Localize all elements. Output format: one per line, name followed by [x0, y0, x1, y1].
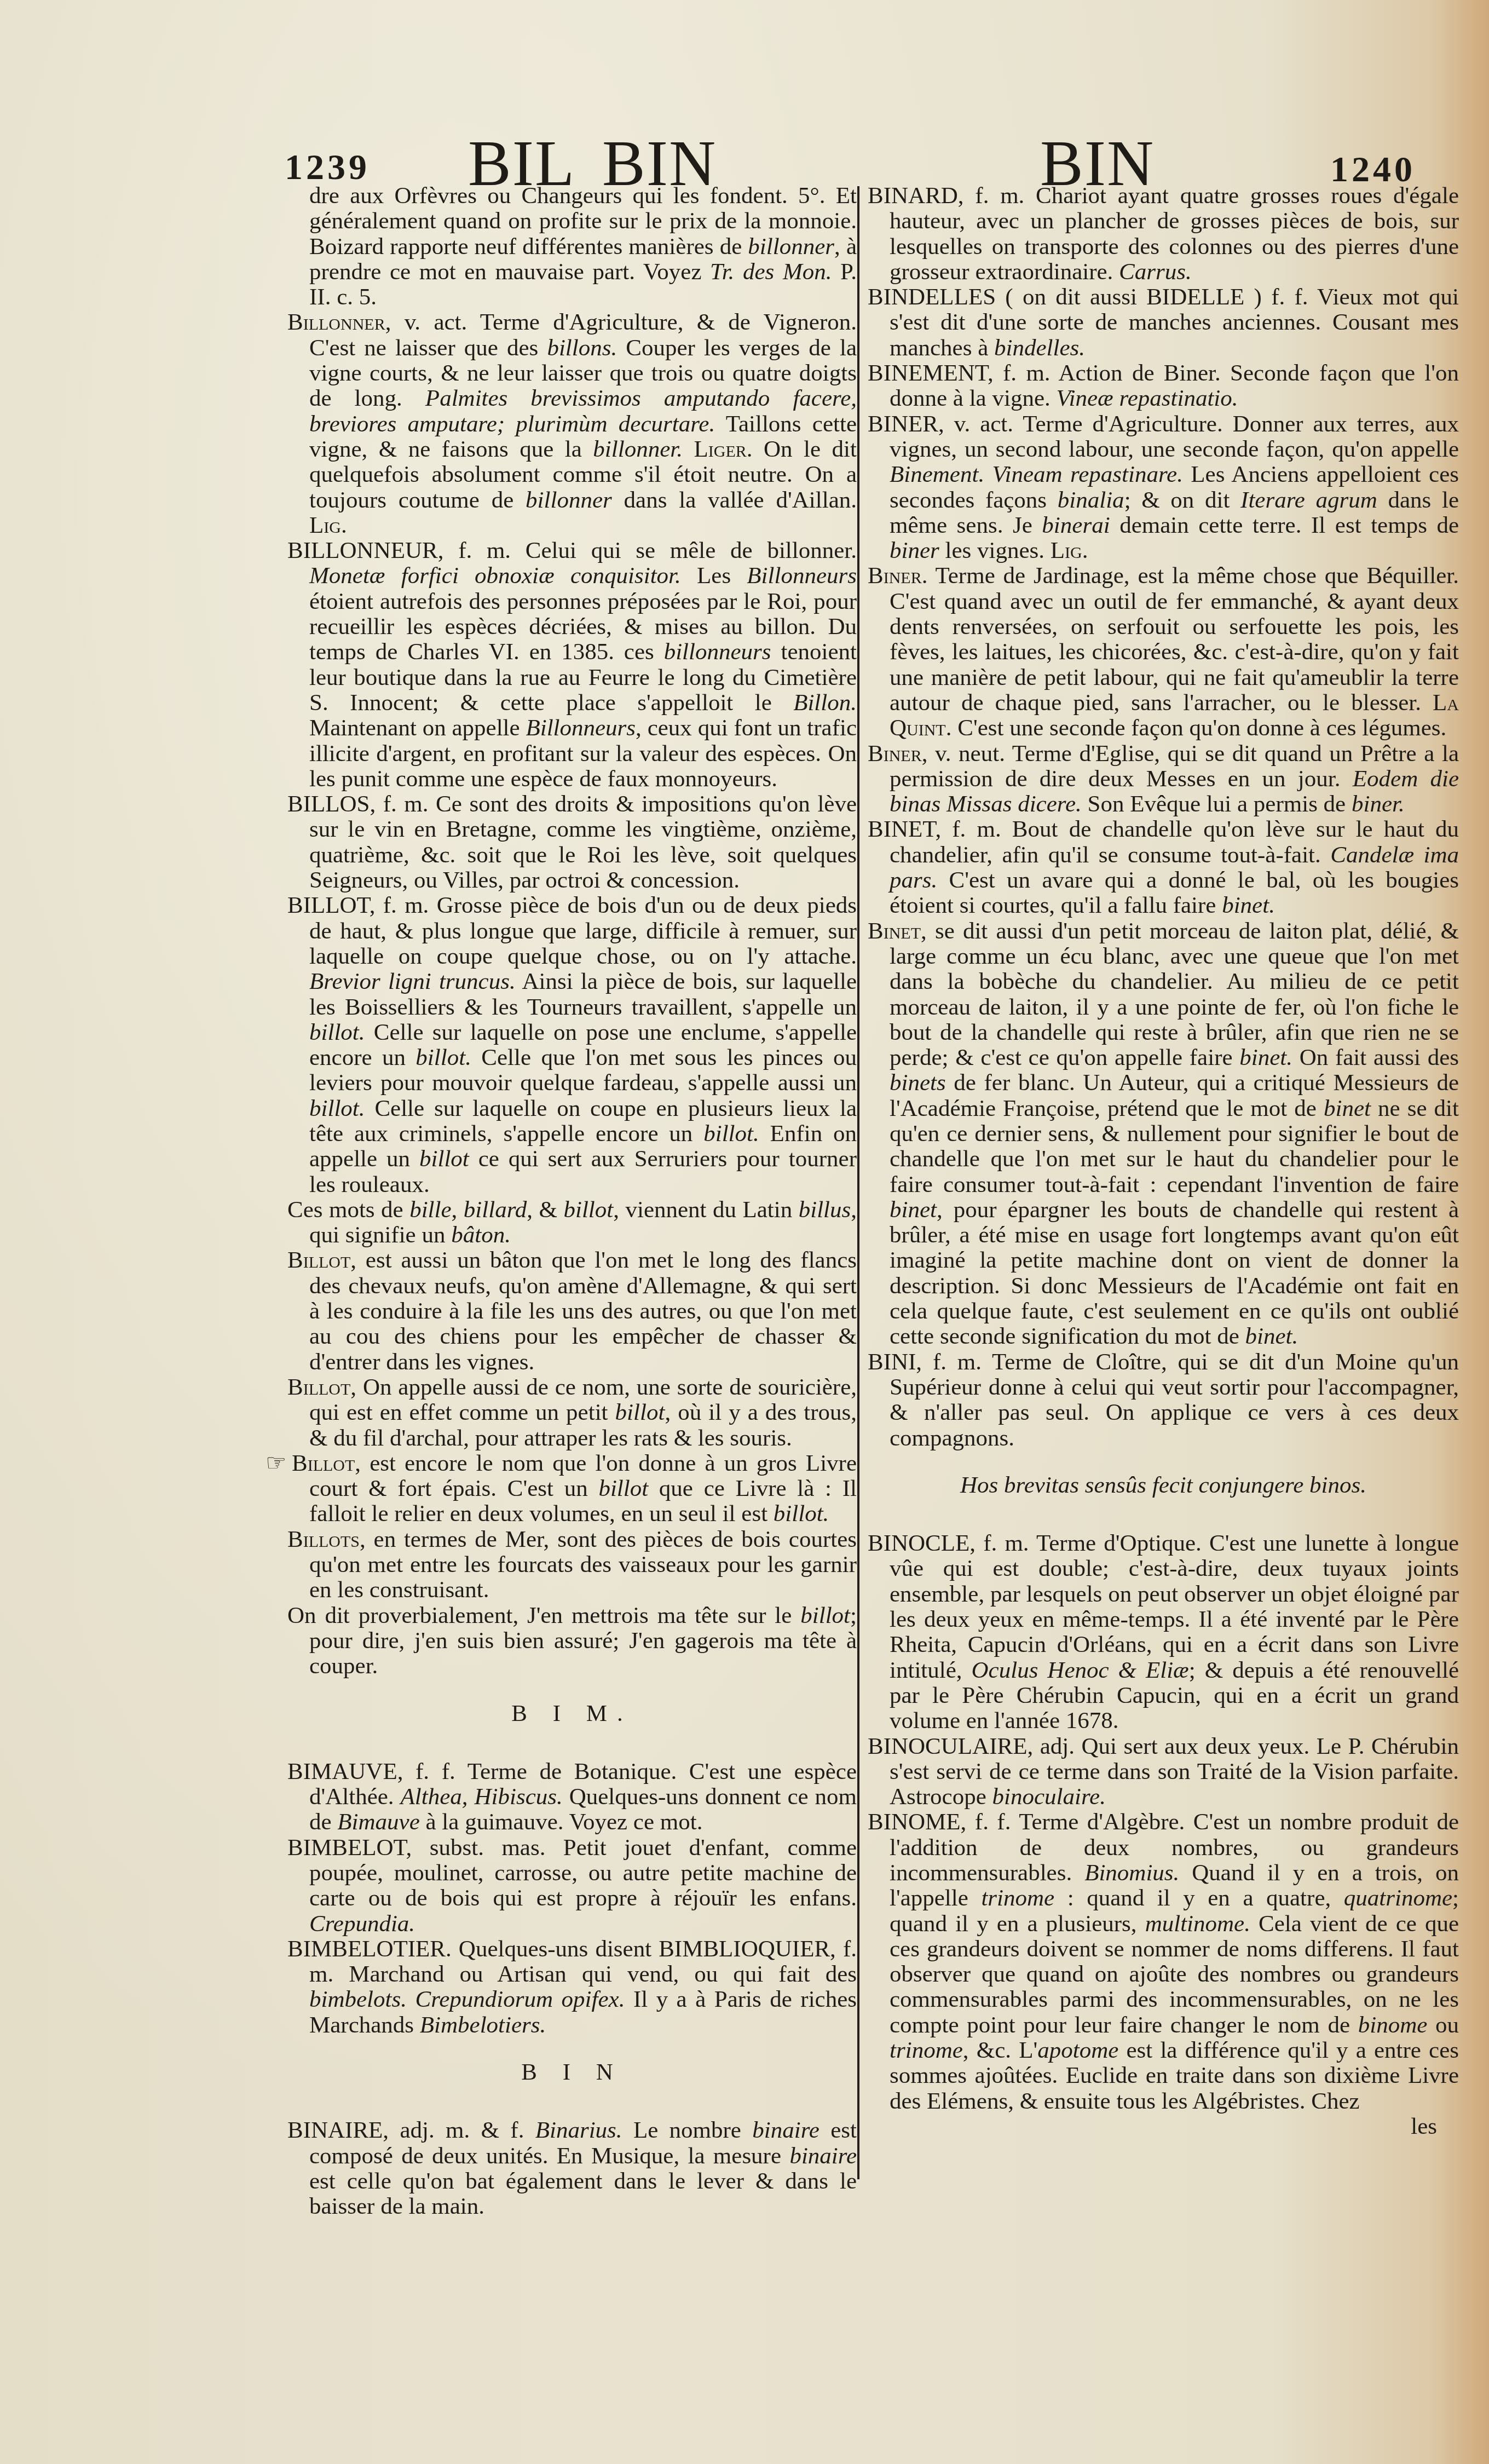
small-caps-headword: Biner [868, 741, 922, 767]
left-page-number: 1239 [285, 147, 370, 188]
entry-text: BINER, v. act. Terme d'Agriculture. Donn… [868, 411, 1459, 462]
italic-text: binerai [1042, 513, 1110, 538]
dictionary-entry: On dit proverbialement, J'en mettrois ma… [287, 1603, 857, 1679]
entry-text: , est aussi un bâton que l'on met le lon… [309, 1247, 857, 1374]
dictionary-entry: BIMAUVE, f. f. Terme de Botanique. C'est… [287, 1759, 857, 1835]
entry-text: BINOCULAIRE, adj. Qui sert aux deux yeux… [868, 1734, 1459, 1810]
italic-text: billot. [774, 1501, 829, 1527]
small-caps-headword: Lig. [1051, 538, 1088, 563]
italic-text: Binomius. [1084, 1860, 1179, 1886]
italic-text: binaire [752, 2117, 819, 2143]
entry-text: à la guimauve. Voyez ce mot. [420, 1809, 703, 1835]
italic-text: trinome [981, 1885, 1054, 1911]
entry-text: On dit proverbialement, J'en mettrois ma… [287, 1603, 800, 1628]
entry-text: BILLOS, f. m. Ce sont des droits & impos… [287, 791, 857, 893]
dictionary-entry: Biner, v. neut. Terme d'Eglise, qui se d… [868, 741, 1459, 818]
entry-text: demain cette terre. Il est temps de [1110, 513, 1459, 538]
entry-text: . Terme de Jardinage, est la même chose … [890, 563, 1459, 715]
italic-text: billot [800, 1603, 850, 1628]
dictionary-entry: BILLOT, f. m. Grosse pièce de bois d'un … [287, 893, 857, 1198]
italic-text: Carrus. [1119, 259, 1192, 285]
entry-text: Maintenant on appelle [309, 715, 526, 741]
entry-text: les vignes. [939, 538, 1051, 563]
entry-text: Les [681, 563, 747, 589]
italic-text: billard [464, 1197, 527, 1223]
entry-text: , en termes de Mer, sont des pièces de b… [309, 1527, 857, 1603]
italic-text: binet. [1245, 1323, 1298, 1349]
entry-text: , viennent du Latin [613, 1197, 798, 1223]
italic-text: bimbelots. Crepundiorum opifex. [309, 1987, 625, 2012]
entry-text: : quand il y en a quatre, [1054, 1885, 1344, 1911]
entry-text: , [452, 1197, 464, 1223]
left-column: dre aux Orfèvres ou Changeurs qui les fo… [287, 183, 857, 2220]
italic-text: binalia [1058, 487, 1124, 513]
italic-text: billot. [309, 1020, 365, 1045]
entry-text: est celle qu'on bat également dans le le… [309, 2168, 857, 2219]
entry-text: BIMBELOTIER. Quelques-uns disent BIMBLIO… [287, 1936, 857, 1987]
dictionary-entry: Biner. Terme de Jardinage, est la même c… [868, 563, 1459, 741]
dictionary-entry: BINET, f. m. Bout de chandelle qu'on lèv… [868, 817, 1459, 918]
italic-text: apotome [1037, 2037, 1118, 2063]
italic-text: multinome. [1145, 1911, 1250, 1937]
dictionary-entry: BINARD, f. m. Chariot ayant quatre gross… [868, 183, 1459, 285]
dictionary-entry: BINOCLE, f. m. Terme d'Optique. C'est un… [868, 1531, 1459, 1734]
italic-text: Iterare agrum [1240, 487, 1377, 513]
dictionary-entry: BIMBELOTIER. Quelques-uns disent BIMBLIO… [287, 1937, 857, 2038]
italic-text: binet. [1222, 893, 1275, 918]
italic-text: billonner [748, 234, 834, 260]
italic-text: Bimbelotiers. [420, 2012, 546, 2038]
italic-text: billus [799, 1197, 851, 1223]
entry-text: BINDELLES ( on dit aussi BIDELLE ) f. f.… [868, 284, 1459, 361]
dictionary-entry: BINEMENT, f. m. Action de Biner. Seconde… [868, 361, 1459, 412]
italic-text: trinome [890, 2037, 963, 2063]
italic-text: binet. [1239, 1045, 1292, 1070]
italic-text: Crepundia. [309, 1911, 415, 1937]
entry-text: Le nombre [622, 2117, 753, 2143]
dictionary-entry: BILLONNEUR, f. m. Celui qui se mêle de b… [287, 538, 857, 792]
italic-text: binaire [789, 2143, 857, 2169]
italic-text: billonneurs [664, 639, 771, 665]
italic-text: quatrinome [1344, 1885, 1452, 1911]
dictionary-entry: Billots, en termes de Mer, sont des pièc… [287, 1527, 857, 1603]
entry-text: Son Evêque lui a permis de [1082, 791, 1352, 817]
entry-text: On fait aussi des [1292, 1045, 1459, 1070]
italic-text: billot [563, 1197, 613, 1223]
entry-text: C'est une seconde façon qu'on donne à ce… [951, 715, 1446, 741]
dictionary-entry: BINI, f. m. Terme de Cloître, qui se dit… [868, 1350, 1459, 1451]
right-column: BINARD, f. m. Chariot ayant quatre gross… [868, 183, 1459, 2139]
small-caps-headword: Billots [287, 1527, 360, 1552]
italic-text: bâton. [451, 1222, 511, 1248]
italic-text: Bimauve [337, 1809, 419, 1835]
entry-text: Ces mots de [287, 1197, 409, 1223]
italic-text: Billonneurs [526, 715, 636, 741]
small-caps-headword: Liger. [683, 436, 753, 462]
italic-text: binoculaire. [992, 1784, 1105, 1810]
italic-text: billot [598, 1476, 648, 1501]
italic-text: Oculus Henoc & Eliæ [972, 1657, 1189, 1683]
dictionary-entry: Billot, est aussi un bâton que l'on met … [287, 1248, 857, 1374]
italic-text: billot. [415, 1045, 471, 1070]
italic-text: binets [890, 1070, 946, 1096]
italic-text: Billonneurs [747, 563, 857, 589]
column-divider-rule [857, 186, 859, 2179]
dictionary-entry: Binet, se dit aussi d'un petit morceau d… [868, 919, 1459, 1350]
italic-text: billot. [703, 1121, 759, 1147]
dictionary-entry: Ces mots de bille, billard, & billot, vi… [287, 1198, 857, 1248]
entry-text: BINAIRE, adj. m. & f. [287, 2117, 535, 2143]
dictionary-entry: Billonner, v. act. Terme d'Agriculture, … [287, 310, 857, 538]
small-caps-headword: Biner [868, 563, 922, 589]
italic-text: billonner [526, 487, 612, 513]
italic-text: billot [615, 1400, 665, 1425]
italic-text: Billon. [793, 690, 857, 716]
italic-text: billons. [547, 335, 617, 361]
entry-text: ou [1427, 2012, 1459, 2038]
italic-text: Brevior ligni truncus. [309, 969, 516, 994]
dictionary-page-spread: 1239 BIL BIN BIN 1240 dre aux Orfèvres o… [0, 0, 1489, 2464]
dictionary-entry: BILLOS, f. m. Ce sont des droits & impos… [287, 792, 857, 893]
entry-text: dans la vallée d'Aillan. [612, 487, 857, 513]
small-caps-headword: Billot [287, 1374, 350, 1400]
entry-text: BIMBELOT, subst. mas. Petit jouet d'enfa… [287, 1835, 857, 1912]
small-caps-headword: Billot [287, 1247, 350, 1273]
entry-text: BILLOT, f. m. Grosse pièce de bois d'un … [287, 893, 857, 969]
italic-text: binome [1358, 2012, 1428, 2038]
dictionary-entry: BINAIRE, adj. m. & f. Binarius. Le nombr… [287, 2118, 857, 2219]
entry-text: ; & on dit [1124, 487, 1240, 513]
small-caps-headword: Lig. [309, 513, 347, 538]
italic-text: Vineæ repastinatio. [1057, 385, 1238, 411]
section-heading: B I N [287, 2060, 857, 2085]
dictionary-entry: Billot, On appelle aussi de ce nom, une … [287, 1375, 857, 1451]
small-caps-headword: Binet [868, 918, 921, 944]
catchword: les [868, 2114, 1459, 2139]
italic-text: Tr. des Mon. [710, 259, 832, 285]
entry-continuation: dre aux Orfèvres ou Changeurs qui les fo… [287, 183, 857, 310]
italic-text: Monetæ forfici obnoxiæ conquisitor. [309, 563, 681, 589]
italic-text: binet [890, 1197, 937, 1223]
small-caps-headword: Billonner [287, 309, 385, 335]
italic-text: billot [419, 1146, 469, 1172]
italic-text: biner. [1352, 791, 1405, 817]
dictionary-entry: BINER, v. act. Terme d'Agriculture. Donn… [868, 412, 1459, 564]
italic-text: bindelles. [994, 335, 1085, 361]
dictionary-entry: BINOCULAIRE, adj. Qui sert aux deux yeux… [868, 1734, 1459, 1810]
italic-text: Binarius. [535, 2117, 622, 2143]
latin-verse-quote: Hos brevitas sensûs fecit conjungere bin… [868, 1473, 1459, 1498]
italic-text: binet [1324, 1096, 1371, 1121]
entry-text: , &c. L' [963, 2037, 1037, 2063]
italic-text: Binement. Vineam repastinare. [890, 462, 1183, 487]
italic-text: billot. [309, 1096, 365, 1121]
entry-text: , pour épargner les bouts de chandelle q… [890, 1197, 1459, 1349]
dictionary-entry: BIMBELOT, subst. mas. Petit jouet d'enfa… [287, 1835, 857, 1937]
section-heading: B I M. [287, 1701, 857, 1726]
dictionary-entry: ☞Billot, est encore le nom que l'on donn… [287, 1451, 857, 1527]
italic-text: Althea, Hibiscus. [401, 1784, 563, 1810]
entry-text: BILLONNEUR, f. m. Celui qui se mêle de b… [287, 538, 857, 563]
dictionary-entry: BINOME, f. f. Terme d'Algèbre. C'est un … [868, 1810, 1459, 2114]
small-caps-headword: Billot [292, 1450, 355, 1476]
entry-text: C'est un avare qui a donné le bal, où le… [890, 867, 1459, 918]
italic-text: billonner. [593, 436, 683, 462]
entry-text: , & [527, 1197, 563, 1223]
entry-text: BINI, f. m. Terme de Cloître, qui se dit… [868, 1349, 1459, 1451]
italic-text: bille [409, 1197, 451, 1223]
italic-text: biner [890, 538, 939, 563]
dictionary-entry: BINDELLES ( on dit aussi BIDELLE ) f. f.… [868, 285, 1459, 361]
